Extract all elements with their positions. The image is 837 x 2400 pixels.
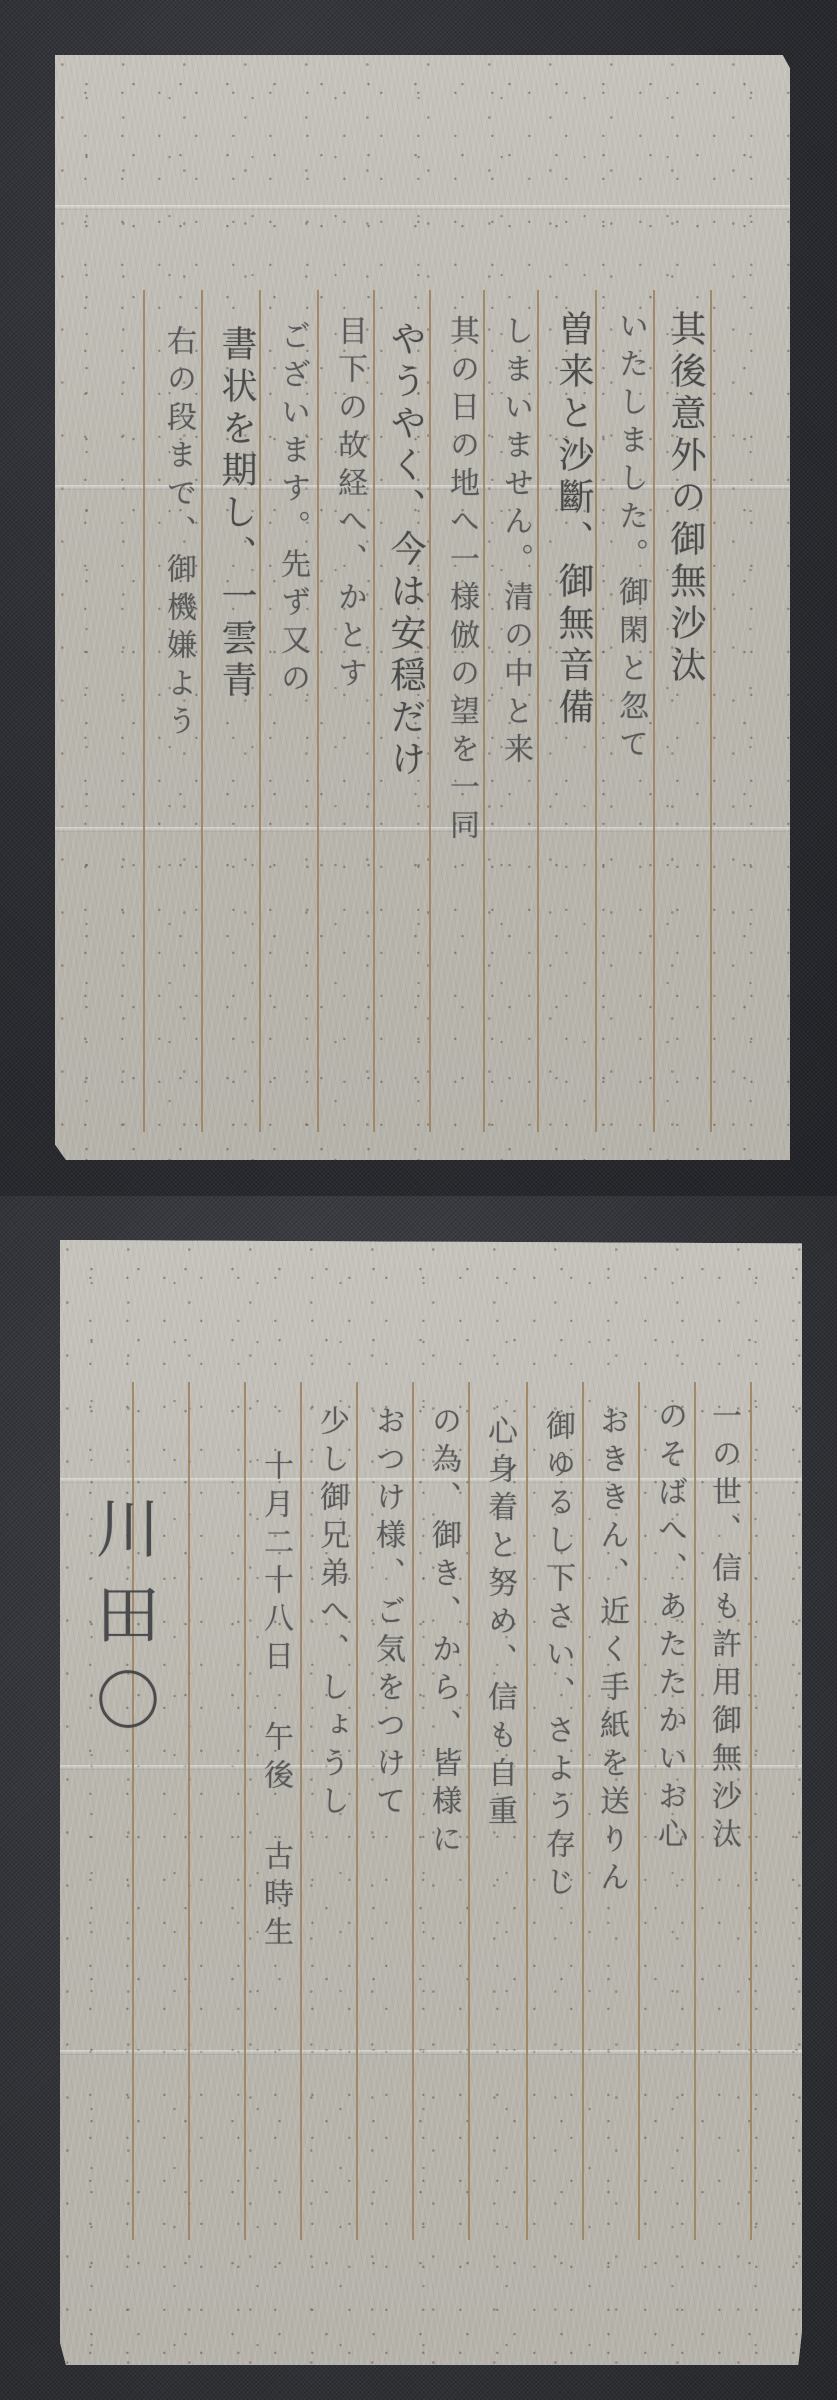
ruled-line: [373, 290, 375, 1132]
ruled-line: [429, 290, 431, 1132]
letter-column: 書状を期し、一雲青: [218, 325, 254, 703]
ruled-line: [317, 290, 319, 1132]
fold-crease: [55, 827, 790, 832]
ruled-line: [694, 1382, 696, 2240]
letter-column: いたしました。御閑と忽て: [615, 310, 645, 766]
ruled-line: [483, 290, 485, 1132]
letter-column: やうやく、今は安穏だけ: [387, 320, 423, 782]
ruled-line: [244, 1382, 246, 2240]
ruled-line: [412, 1382, 414, 2240]
letter-column: 少し御兄弟へ、しょうし: [316, 1405, 346, 1823]
letter-sheet-2: 一の世、信も許用御無沙汰 のそばへ、あたたかいお心 おききん、近く手紙を送りん …: [60, 1240, 802, 2365]
ruled-line: [143, 290, 145, 1132]
ruled-line: [356, 1382, 358, 2240]
ruled-line: [653, 290, 655, 1132]
fold-crease: [60, 2050, 802, 2055]
ruled-line: [468, 1382, 470, 2240]
letter-column: おききん、近く手紙を送りん: [596, 1405, 626, 1899]
letter-column: 御ゆるし下さい、さよう存じ: [542, 1410, 572, 1904]
ruled-line: [710, 290, 712, 1132]
letter-column: ございます。先ず又の: [277, 320, 307, 700]
ruled-line: [300, 1382, 302, 2240]
ruled-line: [582, 1382, 584, 2240]
letter-column: 其後意外の御無沙汰: [667, 310, 703, 688]
ruled-line: [201, 290, 203, 1132]
ruled-line: [595, 290, 597, 1132]
letter-column: の為、御き、から、皆様に: [428, 1405, 458, 1861]
letter-column: 目下の故経へ、かとす: [334, 315, 364, 695]
ruled-line: [259, 290, 261, 1132]
letter-column: 右の段まで、御機嫌よう: [163, 325, 193, 743]
ruled-line: [638, 1382, 640, 2240]
ruled-line: [526, 1382, 528, 2240]
letter-column: 其の日の地へ一様倣の望を一同: [446, 315, 476, 847]
ruled-line: [188, 1382, 190, 2240]
photo-page-1: 其後意外の御無沙汰 いたしました。御閑と忽て 曽来と沙斷、御無音備 しまいません…: [0, 0, 837, 1196]
letter-sheet-1: 其後意外の御無沙汰 いたしました。御閑と忽て 曽来と沙斷、御無音備 しまいません…: [55, 55, 790, 1160]
date-line: 十月二十八日 午後 古時生: [260, 1450, 290, 1954]
signature: 川田〇: [90, 1495, 154, 1753]
ruled-line: [750, 1382, 752, 2240]
letter-column: 曽来と沙斷、御無音備: [555, 310, 591, 730]
ruled-line: [537, 290, 539, 1132]
letter-column: 心身着と努め、信も自重: [484, 1415, 514, 1833]
fold-crease: [55, 205, 790, 210]
letter-column: しまいません。清の中と来: [500, 315, 530, 771]
letter-column: のそばへ、あたたかいお心: [654, 1400, 684, 1856]
letter-column: おつけ様、ご気をつけて: [372, 1405, 402, 1823]
letter-column: 一の世、信も許用御無沙汰: [708, 1400, 738, 1856]
